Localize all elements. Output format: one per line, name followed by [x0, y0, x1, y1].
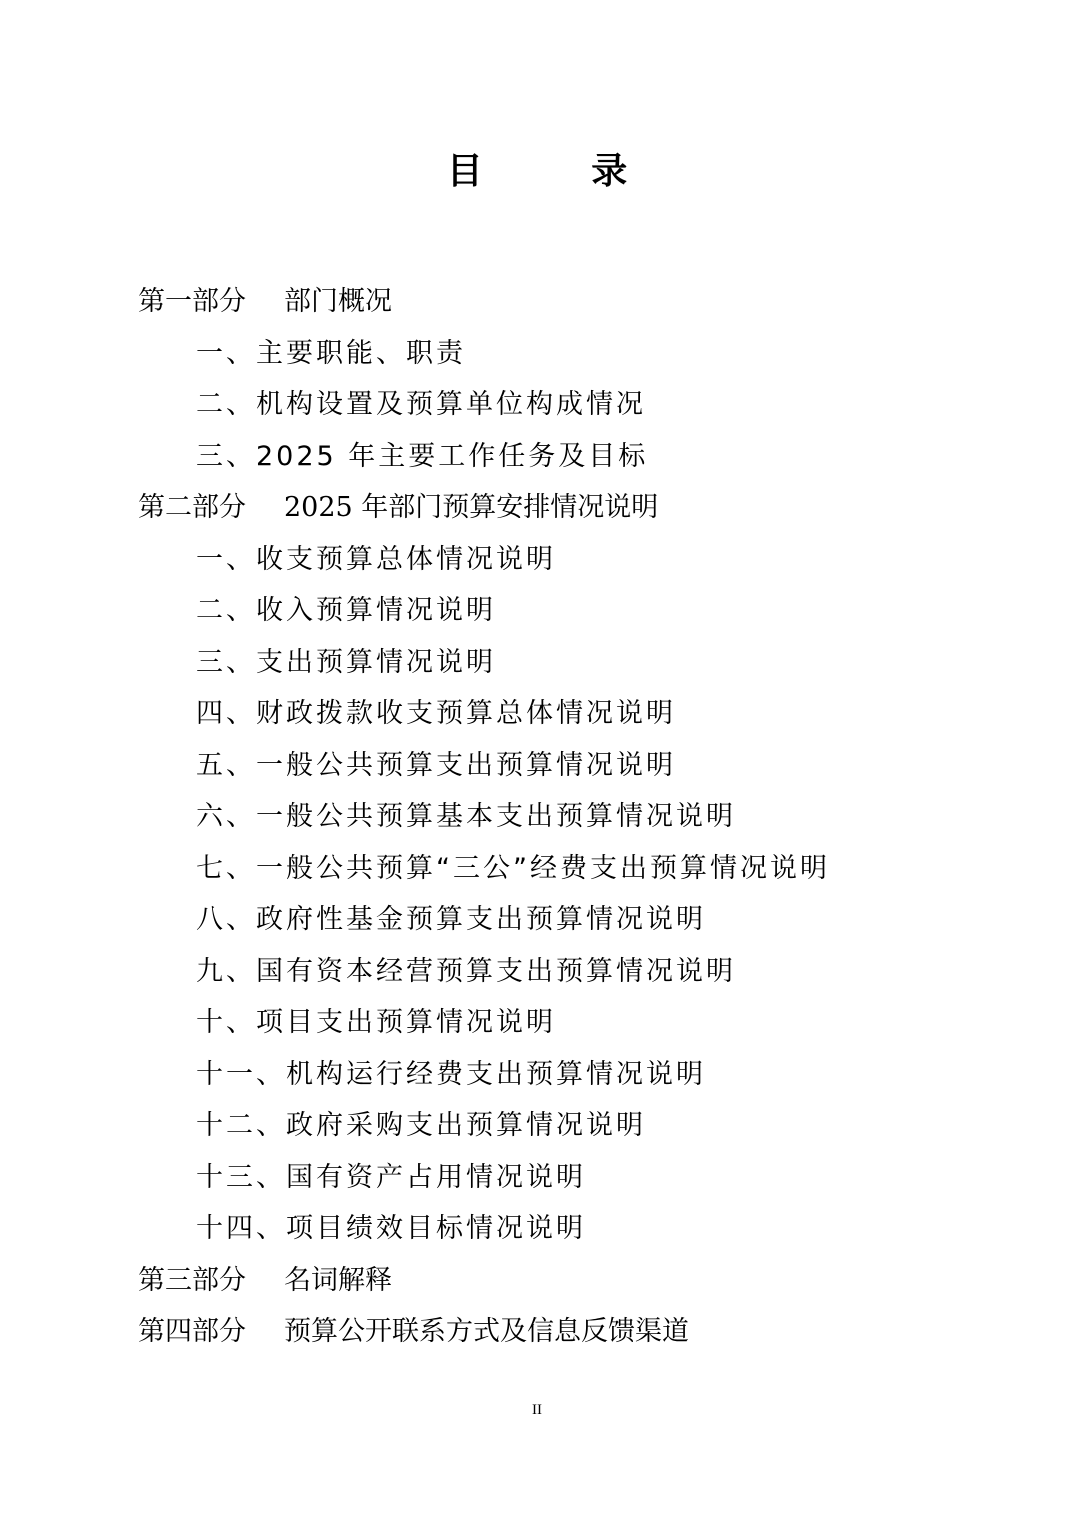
toc-item[interactable]: 十、项目支出预算情况说明 — [196, 1003, 556, 1043]
toc-item[interactable]: 二、机构设置及预算单位构成情况 — [196, 385, 646, 425]
toc-item[interactable]: 六、一般公共预算基本支出预算情况说明 — [196, 797, 736, 837]
part-title: 2025 年部门预算安排情况说明 — [284, 492, 658, 523]
toc-item[interactable]: 五、一般公共预算支出预算情况说明 — [196, 746, 676, 786]
toc-part-2[interactable]: 第二部分2025 年部门预算安排情况说明 — [138, 488, 658, 528]
toc-item[interactable]: 三、2025 年主要工作任务及目标 — [196, 437, 648, 477]
toc-item[interactable]: 一、主要职能、职责 — [196, 334, 466, 374]
part-number: 第二部分 — [138, 488, 284, 528]
page-title: 目 录 — [0, 146, 1074, 196]
toc-item[interactable]: 七、一般公共预算“三公”经费支出预算情况说明 — [196, 849, 830, 889]
toc-item[interactable]: 一、收支预算总体情况说明 — [196, 540, 556, 580]
toc-item[interactable]: 九、国有资本经营预算支出预算情况说明 — [196, 952, 736, 992]
toc-item[interactable]: 八、政府性基金预算支出预算情况说明 — [196, 900, 706, 940]
part-title: 名词解释 — [284, 1265, 392, 1296]
page-number: II — [0, 1400, 1074, 1420]
toc-item[interactable]: 三、支出预算情况说明 — [196, 643, 496, 683]
part-number: 第一部分 — [138, 282, 284, 322]
toc-part-4[interactable]: 第四部分预算公开联系方式及信息反馈渠道 — [138, 1312, 689, 1352]
toc-part-1[interactable]: 第一部分部门概况 — [138, 282, 392, 322]
toc-item[interactable]: 十四、项目绩效目标情况说明 — [196, 1209, 586, 1249]
toc-item[interactable]: 十三、国有资产占用情况说明 — [196, 1158, 586, 1198]
part-number: 第三部分 — [138, 1261, 284, 1301]
part-number: 第四部分 — [138, 1312, 284, 1352]
toc-item[interactable]: 四、财政拨款收支预算总体情况说明 — [196, 694, 676, 734]
toc-item[interactable]: 二、收入预算情况说明 — [196, 591, 496, 631]
toc-item[interactable]: 十二、政府采购支出预算情况说明 — [196, 1106, 646, 1146]
part-title: 预算公开联系方式及信息反馈渠道 — [284, 1316, 689, 1347]
toc-item[interactable]: 十一、机构运行经费支出预算情况说明 — [196, 1055, 706, 1095]
toc-part-3[interactable]: 第三部分名词解释 — [138, 1261, 392, 1301]
part-title: 部门概况 — [284, 286, 392, 317]
